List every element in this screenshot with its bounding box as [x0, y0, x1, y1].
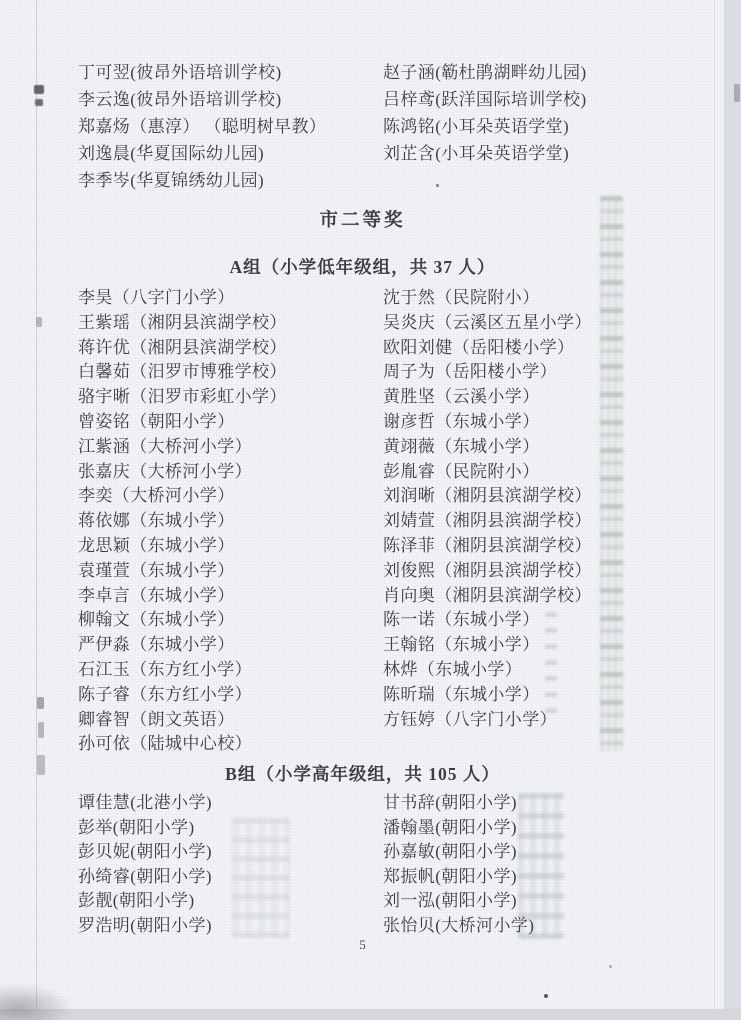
award-entry: 陈鸿铭(小耳朵英语学堂)	[383, 113, 587, 140]
award-entry: 蒋依娜（东城小学）	[78, 509, 287, 534]
award-entry: 刘润晰（湘阴县滨湖学校）	[383, 484, 592, 509]
award-entry: 柳翰文（东城小学）	[78, 608, 287, 633]
award-entry: 骆宇晰（汨罗市彩虹小学）	[78, 385, 287, 410]
award-entry: 陈一诺（东城小学）	[383, 608, 592, 633]
award-entry: 刘一泓(朝阳小学)	[383, 889, 534, 914]
award-entry: 谭佳慧(北港小学)	[78, 791, 212, 816]
group-a-list-left: 李昊（八字门小学）王紫瑶（湘阴县滨湖学校）蒋许优（湘阴县滨湖学校）白馨茹（汨罗市…	[78, 286, 287, 757]
scan-speck	[544, 994, 548, 998]
award-entry: 彭胤睿（民院附小）	[383, 460, 592, 485]
award-entry: 陈泽菲（湘阴县滨湖学校）	[383, 534, 592, 559]
award-entry: 潘翰墨(朝阳小学)	[383, 816, 534, 841]
group-b-list-right: 甘书辞(朝阳小学)潘翰墨(朝阳小学)孙嘉敏(朝阳小学)郑振帆(朝阳小学)刘一泓(…	[383, 791, 534, 939]
scan-artifact	[36, 317, 42, 327]
award-entry: 白馨茹（汨罗市博雅学校）	[78, 360, 287, 385]
scan-artifact	[35, 99, 43, 106]
award-entry: 彭贝妮(朝阳小学)	[78, 840, 212, 865]
group-b-list-left: 谭佳慧(北港小学)彭举(朝阳小学)彭贝妮(朝阳小学)孙绮睿(朝阳小学)彭靓(朝阳…	[78, 791, 212, 939]
award-entry: 甘书辞(朝阳小学)	[383, 791, 534, 816]
top-list-right: 赵子涵(簕杜鹃湖畔幼儿园)吕梓鸢(跃洋国际培训学校)陈鸿铭(小耳朵英语学堂)刘芷…	[383, 59, 587, 167]
scan-edge-band	[724, 0, 741, 1020]
award-entry: 张怡贝(大桥河小学)	[383, 914, 534, 939]
award-entry: 沈于然（民院附小）	[383, 286, 592, 311]
award-entry: 谢彦哲（东城小学）	[383, 410, 592, 435]
scan-speck	[436, 184, 439, 187]
scanned-page: 丁可翌(彼昂外语培训学校)李云逸(彼昂外语培训学校)郑嘉炀（惠淳） （聪明树早教…	[0, 0, 741, 1020]
award-entry: 王翰铭（东城小学）	[383, 633, 592, 658]
award-entry: 李卓言（东城小学）	[78, 584, 287, 609]
award-entry: 肖向奥（湘阴县滨湖学校）	[383, 584, 592, 609]
award-entry: 孙绮睿(朝阳小学)	[78, 865, 212, 890]
award-entry: 王紫瑶（湘阴县滨湖学校）	[78, 311, 287, 336]
group-a-title: A组（小学低年级组，共 37 人）	[0, 254, 725, 279]
scan-smudge	[0, 984, 74, 1020]
award-entry: 蒋许优（湘阴县滨湖学校）	[78, 336, 287, 361]
award-entry: 丁可翌(彼昂外语培训学校)	[78, 59, 326, 86]
award-entry: 赵子涵(簕杜鹃湖畔幼儿园)	[383, 59, 587, 86]
award-entry: 陈昕瑞（东城小学）	[383, 683, 592, 708]
award-heading: 市二等奖	[0, 206, 725, 232]
award-entry: 袁瑾萱（东城小学）	[78, 559, 287, 584]
scan-artifact	[37, 697, 44, 709]
ink-bleed-strip	[600, 196, 623, 752]
award-entry: 吕梓鸢(跃洋国际培训学校)	[383, 86, 587, 113]
award-entry: 陈子睿（东方红小学）	[78, 683, 287, 708]
scan-edge-band	[0, 1009, 741, 1020]
award-entry: 石江玉（东方红小学）	[78, 658, 287, 683]
award-entry: 吴炎庆（云溪区五星小学）	[383, 311, 592, 336]
award-entry: 彭靓(朝阳小学)	[78, 889, 212, 914]
award-entry: 孙嘉敏(朝阳小学)	[383, 840, 534, 865]
award-entry: 刘婧萱（湘阴县滨湖学校）	[383, 509, 592, 534]
award-entry: 黄胜坚（云溪小学）	[383, 385, 592, 410]
award-entry: 龙思颖（东城小学）	[78, 534, 287, 559]
award-entry: 李奕（大桥河小学）	[78, 484, 287, 509]
award-entry: 周子为（岳阳楼小学）	[383, 360, 592, 385]
award-entry: 刘逸晨(华夏国际幼儿园)	[78, 140, 326, 167]
award-entry: 黄翊薇（东城小学）	[383, 435, 592, 460]
scan-speck	[609, 965, 612, 968]
ink-bleed-strip	[232, 818, 290, 938]
scan-artifact	[734, 84, 740, 102]
group-b-title: B组（小学高年级组，共 105 人）	[0, 761, 725, 786]
page-number: 5	[0, 937, 725, 953]
scan-artifact	[38, 722, 44, 738]
award-entry: 曾姿铭（朝阳小学）	[78, 410, 287, 435]
award-entry: 欧阳刘健（岳阳楼小学）	[383, 336, 592, 361]
group-a-list-right: 沈于然（民院附小）吴炎庆（云溪区五星小学）欧阳刘健（岳阳楼小学）周子为（岳阳楼小…	[383, 286, 592, 732]
award-entry: 孙可依（陆城中心校）	[78, 732, 287, 757]
award-entry: 林烨（东城小学）	[383, 658, 592, 683]
award-entry: 江紫涵（大桥河小学）	[78, 435, 287, 460]
award-entry: 郑振帆(朝阳小学)	[383, 865, 534, 890]
award-entry: 刘俊熙（湘阴县滨湖学校）	[383, 559, 592, 584]
award-entry: 李季岑(华夏锦绣幼儿园)	[78, 167, 326, 194]
page-edge-line	[36, 0, 37, 1020]
award-entry: 刘芷含(小耳朵英语学堂)	[383, 140, 587, 167]
award-entry: 李云逸(彼昂外语培训学校)	[78, 86, 326, 113]
award-entry: 彭举(朝阳小学)	[78, 816, 212, 841]
award-entry: 方钰婷（八字门小学）	[383, 708, 592, 733]
scan-artifact	[34, 85, 44, 94]
award-entry: 李昊（八字门小学）	[78, 286, 287, 311]
award-entry: 郑嘉炀（惠淳） （聪明树早教）	[78, 113, 326, 140]
award-entry: 卿睿智（朗文英语）	[78, 708, 287, 733]
award-entry: 严伊淼（东城小学）	[78, 633, 287, 658]
top-list-left: 丁可翌(彼昂外语培训学校)李云逸(彼昂外语培训学校)郑嘉炀（惠淳） （聪明树早教…	[78, 59, 326, 194]
award-entry: 张嘉庆（大桥河小学）	[78, 460, 287, 485]
award-entry: 罗浩明(朝阳小学)	[78, 914, 212, 939]
page-edge-line	[714, 0, 715, 1020]
